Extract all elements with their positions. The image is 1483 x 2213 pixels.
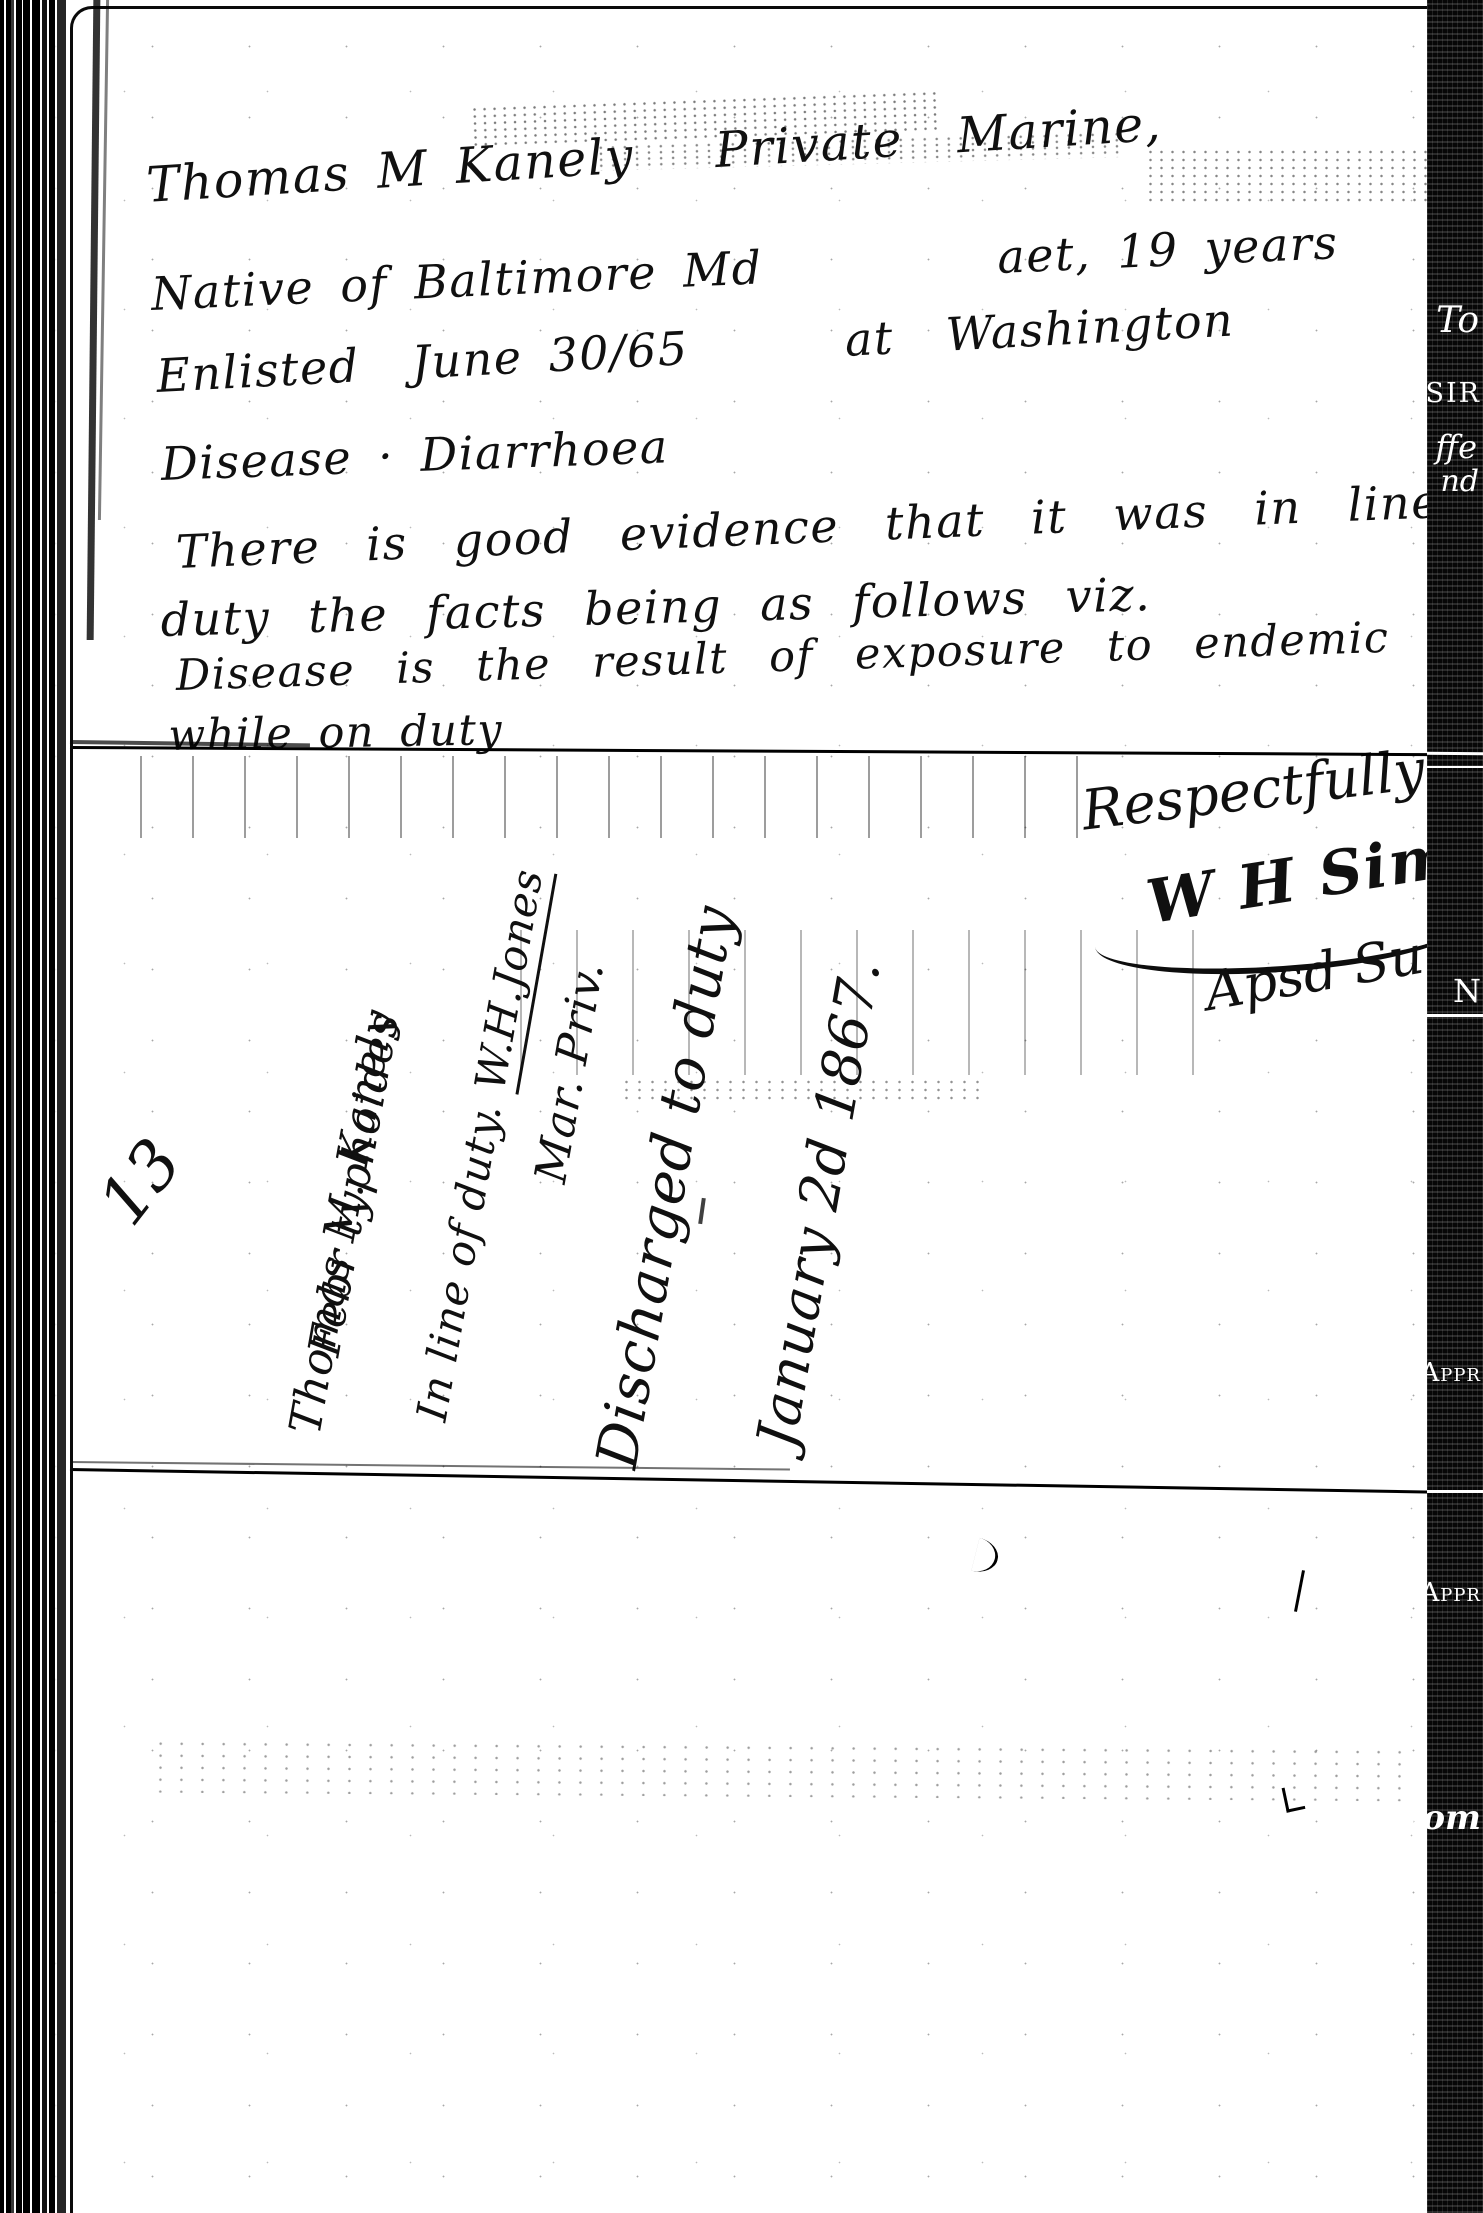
rule-slit	[1427, 752, 1483, 755]
scanned-document-page: Thomas M Kanely Private Marine, Native o…	[0, 0, 1483, 2213]
line-while-on-duty: while on duty	[168, 706, 503, 761]
faded-stamp	[1145, 148, 1445, 206]
margin-fragment-n: N	[1453, 972, 1481, 1010]
binding-streak	[87, 0, 101, 640]
ink-mark	[971, 1538, 1002, 1577]
binding-streak	[98, 0, 109, 520]
line-evidence: There is good evidence that it was in li…	[175, 475, 1441, 579]
rule-slit	[1427, 1490, 1483, 1493]
margin-fragment-appr: Appr	[1420, 1358, 1481, 1388]
margin-fragment-to: To	[1436, 300, 1479, 341]
margin-fragment-appr: Appr	[1420, 1578, 1481, 1608]
ink-mark	[1294, 1570, 1305, 1612]
rule-slit	[1427, 1014, 1483, 1017]
bleed-through-smudge	[150, 1738, 1410, 1802]
margin-fragment-ffe: ffe	[1435, 428, 1477, 466]
horizontal-rule-bottom	[70, 1468, 1432, 1494]
line-disease: Disease · Diarrhoea	[160, 420, 670, 491]
margin-fragment-sir: SIR	[1426, 378, 1482, 409]
margin-fragment-nd: nd	[1440, 464, 1479, 499]
margin-fragment-from: from	[1390, 1798, 1481, 1838]
rule-slit	[1427, 766, 1483, 768]
binding-edge	[0, 0, 66, 2213]
